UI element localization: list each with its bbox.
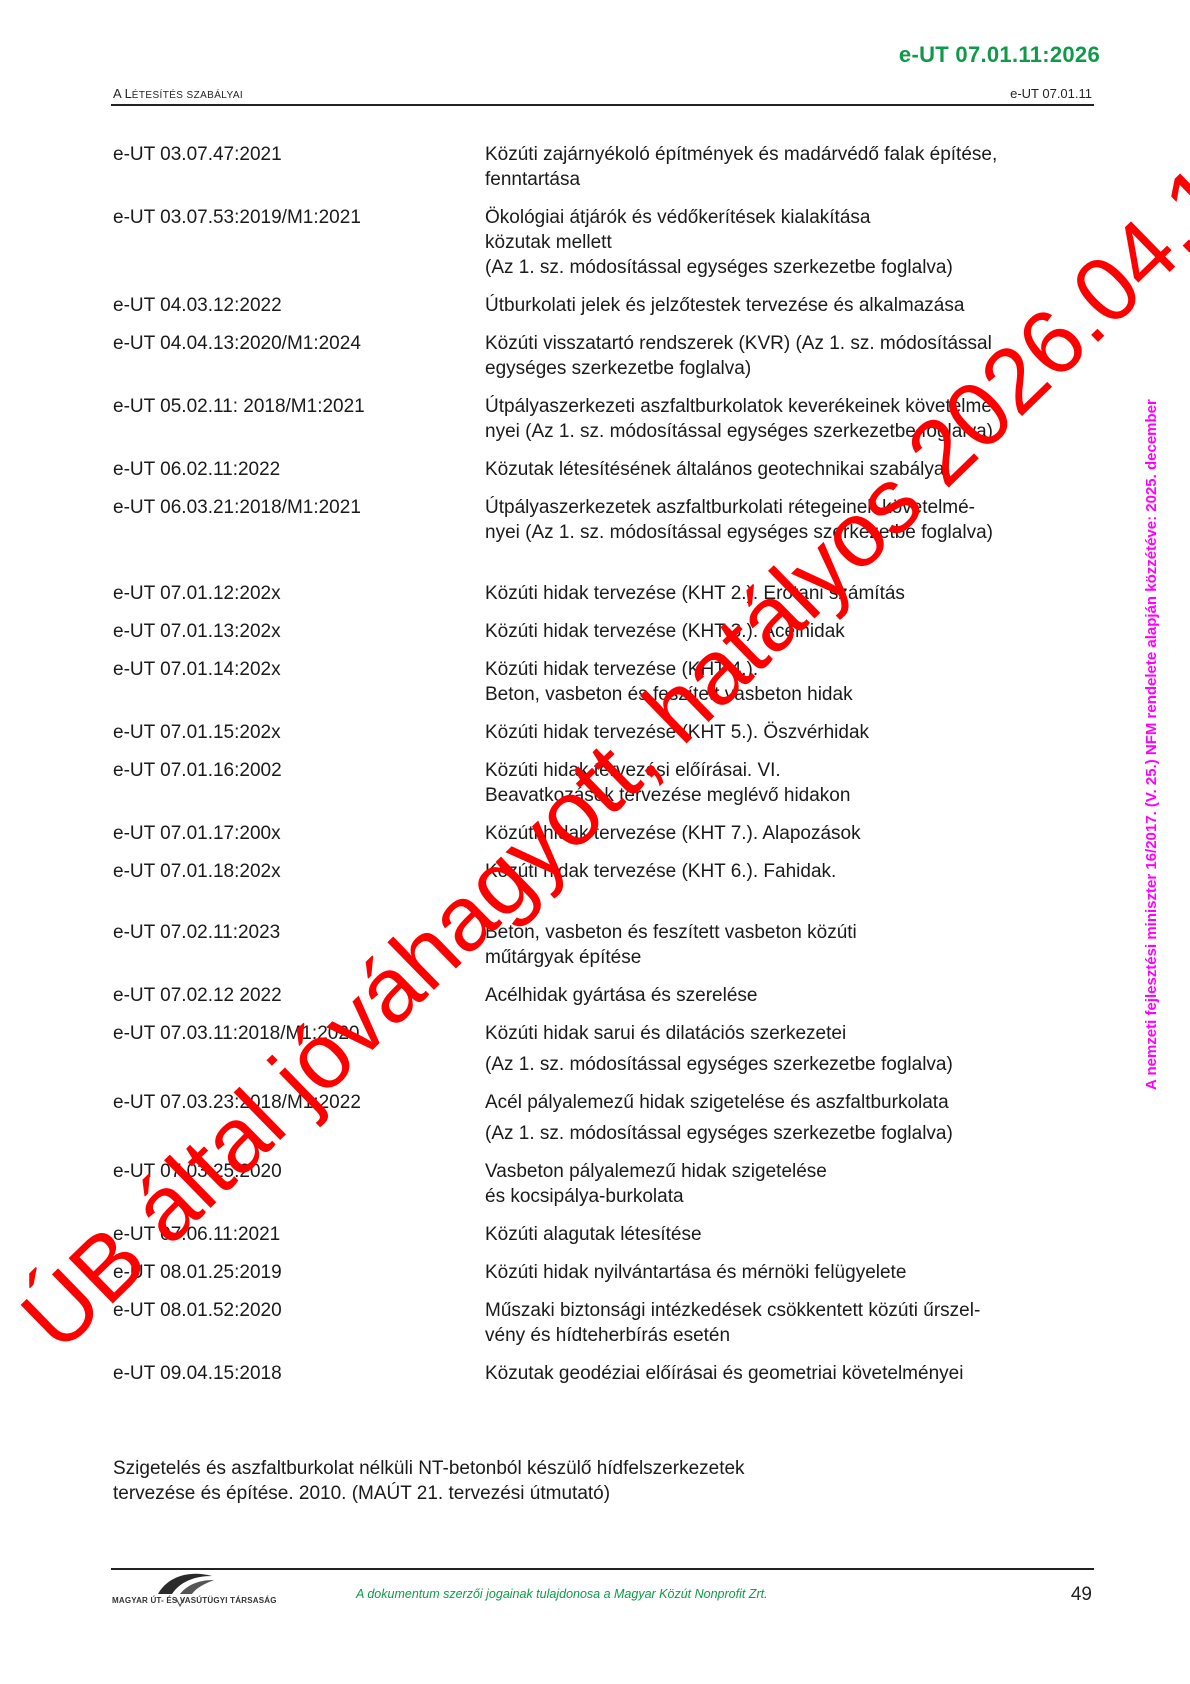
title-line: Ökológiai átjárók és védőkerítések kiala… [485,205,1093,230]
standard-title: Útburkolati jelek és jelzőtestek tervezé… [485,293,1093,318]
note-line: tervezése és építése. 2010. (MAÚT 21. te… [113,1481,1013,1506]
section-title-prefix: A L [113,86,132,101]
title-line: Útburkolati jelek és jelzőtestek tervezé… [485,293,1093,318]
title-line: közutak mellett [485,230,1093,255]
doc-code: e-UT 07.01.11 [1010,86,1092,101]
title-line: Közutak geodéziai előírásai és geometria… [485,1361,1093,1386]
standard-code: e-UT 07.01.14:202x [113,657,485,707]
standard-title: Műszaki biztonsági intézkedések csökkent… [485,1298,1093,1348]
page-number: 49 [1071,1584,1092,1606]
copyright-notice: A dokumentum szerzői jogainak tulajdonos… [356,1587,768,1601]
standard-title: Közúti zajárnyékoló építmények és madárv… [485,142,1093,192]
standard-title: Közutak geodéziai előírásai és geometria… [485,1361,1093,1386]
standard-title: Acél pályalemezű hidak szigetelése és as… [485,1090,1093,1146]
title-line: Közúti zajárnyékoló építmények és madárv… [485,142,1093,167]
title-line: Közúti hidak nyilvántartása és mérnöki f… [485,1260,1093,1285]
reference-entry: e-UT 07.02.12 2022Acélhidak gyártása és … [113,983,1093,1008]
standard-title: Vasbeton pályalemezű hidak szigeteléseés… [485,1159,1093,1209]
title-line: Beton, vasbeton és feszített vasbeton kö… [485,920,1093,945]
title-line: Acélhidak gyártása és szerelése [485,983,1093,1008]
society-logo: MAGYAR ÚT- ÉS VASÚTÜGYI TÁRSASÁG [112,1574,272,1618]
standard-code: e-UT 07.01.17:200x [113,821,485,846]
standard-code: e-UT 08.01.52:2020 [113,1298,485,1348]
note-line: Szigetelés és aszfaltburkolat nélküli NT… [113,1456,1013,1481]
standard-code: e-UT 07.01.11:2026 [899,42,1100,68]
title-line: Acél pályalemezű hidak szigetelése és as… [485,1090,1093,1115]
publication-side-note: A nemzeti fejlesztési miniszter 16/2017.… [1143,399,1160,1090]
standard-title: Acélhidak gyártása és szerelése [485,983,1093,1008]
standard-code: e-UT 07.01.12:202x [113,581,485,606]
reference-entry: e-UT 08.01.52:2020Műszaki biztonsági int… [113,1298,1093,1348]
reference-entry: e-UT 07.06.11:2021Közúti alagutak létesí… [113,1222,1093,1247]
reference-entry: e-UT 04.03.12:2022Útburkolati jelek és j… [113,293,1093,318]
standard-code: e-UT 04.03.12:2022 [113,293,485,318]
standard-code: e-UT 07.01.15:202x [113,720,485,745]
reference-note: Szigetelés és aszfaltburkolat nélküli NT… [113,1456,1013,1506]
title-line: vény és hídteherbírás esetén [485,1323,1093,1348]
title-line: Vasbeton pályalemezű hidak szigetelése [485,1159,1093,1184]
standard-code: e-UT 03.07.47:2021 [113,142,485,192]
header-divider [111,104,1094,106]
reference-entry: e-UT 07.01.18:202xKözúti hidak tervezése… [113,859,1093,884]
title-line: (Az 1. sz. módosítással egységes szerkez… [485,1121,1093,1146]
standard-title: Beton, vasbeton és feszített vasbeton kö… [485,920,1093,970]
standard-title: Közúti hidak sarui és dilatációs szerkez… [485,1021,1093,1077]
title-line: Műszaki biztonsági intézkedések csökkent… [485,1298,1093,1323]
standard-title: Ökológiai átjárók és védőkerítések kiala… [485,205,1093,280]
reference-entry: e-UT 07.02.11:2023Beton, vasbeton és fes… [113,920,1093,970]
standard-code: e-UT 03.07.53:2019/M1:2021 [113,205,485,280]
title-line: fenntartása [485,167,1093,192]
standard-code: e-UT 04.04.13:2020/M1:2024 [113,331,485,381]
reference-entry: e-UT 03.07.53:2019/M1:2021Ökológiai átjá… [113,205,1093,280]
standard-title: Közúti alagutak létesítése [485,1222,1093,1247]
reference-entry: e-UT 07.01.14:202xKözúti hidak tervezése… [113,657,1093,707]
title-line: Közúti hidak sarui és dilatációs szerkez… [485,1021,1093,1046]
reference-entry: e-UT 04.04.13:2020/M1:2024Közúti visszat… [113,331,1093,381]
title-line: Útpályaszerkezetek aszfaltburkolati réte… [485,495,1093,520]
title-line: műtárgyak építése [485,945,1093,970]
standard-title: Közúti hidak nyilvántartása és mérnöki f… [485,1260,1093,1285]
section-title-rest: ÉTESÍTÉS SZABÁLYAI [132,90,243,101]
standard-code: e-UT 06.03.21:2018/M1:2021 [113,495,485,545]
standard-code: e-UT 06.02.11:2022 [113,457,485,482]
reference-entry: e-UT 03.07.47:2021Közúti zajárnyékoló ép… [113,142,1093,192]
standard-code: e-UT 07.01.13:202x [113,619,485,644]
section-title: A LÉTESÍTÉS SZABÁLYAI [113,86,243,101]
title-line: (Az 1. sz. módosítással egységes szerkez… [485,255,1093,280]
title-line: Beton, vasbeton és feszített vasbeton hi… [485,682,1093,707]
footer-divider [111,1568,1094,1570]
title-line: Közúti alagutak létesítése [485,1222,1093,1247]
reference-entry: e-UT 08.01.25:2019Közúti hidak nyilvánta… [113,1260,1093,1285]
standard-code: e-UT 05.02.11: 2018/M1:2021 [113,394,485,444]
title-line: és kocsipálya-burkolata [485,1184,1093,1209]
logo-text: MAGYAR ÚT- ÉS VASÚTÜGYI TÁRSASÁG [112,1596,277,1605]
standard-code: e-UT 07.01.16:2002 [113,758,485,808]
reference-entry: e-UT 09.04.15:2018Közutak geodéziai előí… [113,1361,1093,1386]
reference-entry: e-UT 07.01.13:202xKözúti hidak tervezése… [113,619,1093,644]
title-line: (Az 1. sz. módosítással egységes szerkez… [485,1052,1093,1077]
standard-code: e-UT 09.04.15:2018 [113,1361,485,1386]
reference-entry: e-UT 07.01.12:202xKözúti hidak tervezése… [113,581,1093,606]
